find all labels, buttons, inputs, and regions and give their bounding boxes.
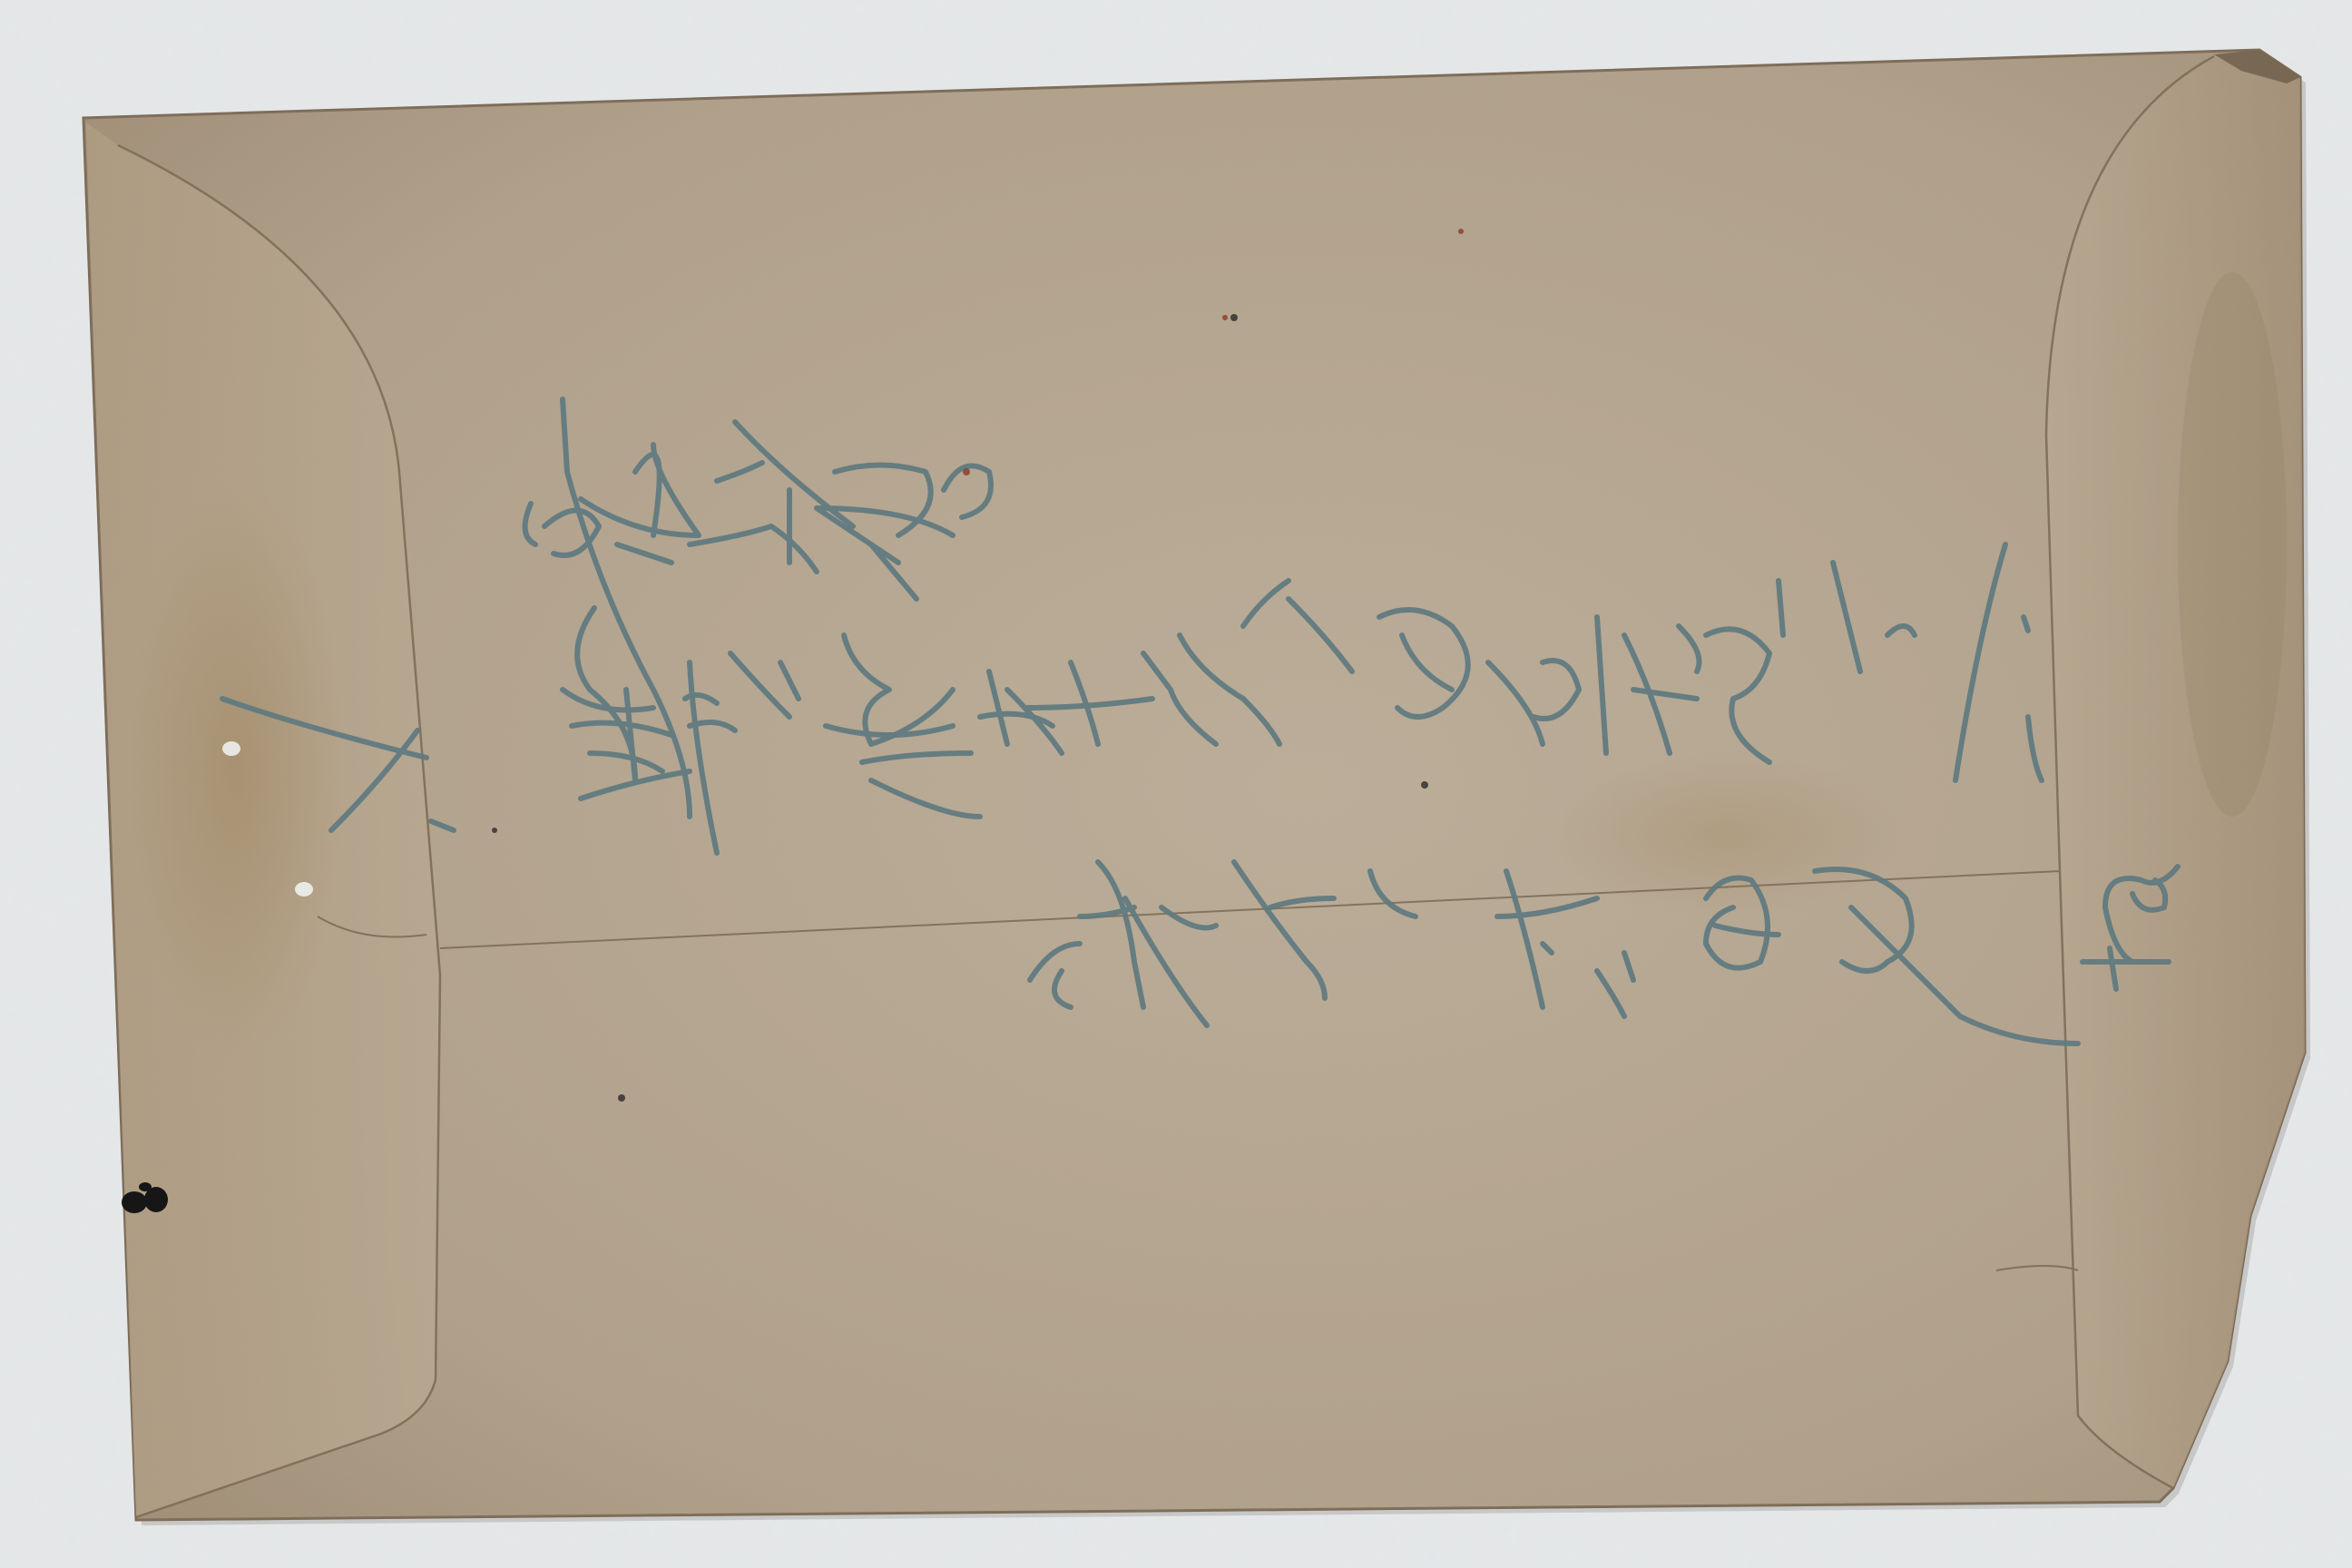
- edge-darkening: [2178, 272, 2287, 817]
- water-stain: [127, 481, 345, 1062]
- envelope-photo: [0, 0, 2352, 1568]
- photo-scene: Back of an aged kraft-paper envelope wit…: [0, 0, 2352, 1568]
- stain: [1543, 753, 1906, 916]
